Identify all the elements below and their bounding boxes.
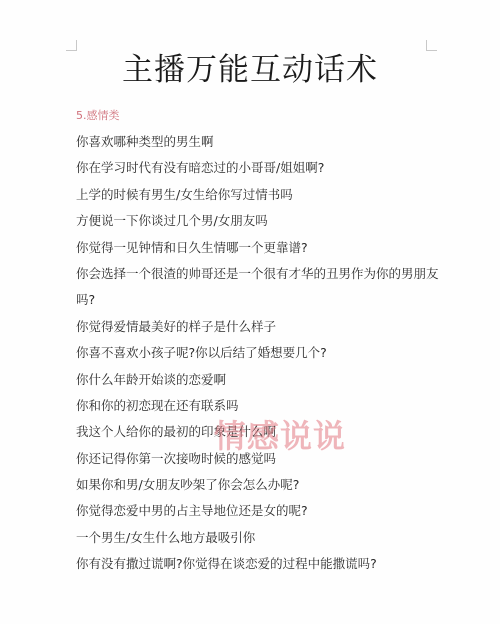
question-line: 一个男生/女生什么地方最吸引你: [76, 529, 476, 555]
question-line: 你在学习时代有没有暗恋过的小哥哥/姐姐啊?: [76, 159, 476, 185]
question-line: 你喜欢哪种类型的男生啊: [76, 133, 476, 159]
document-title: 主播万能互动话术: [0, 50, 500, 90]
section-heading: 5.感情类: [76, 108, 120, 124]
question-line: 你觉得恋爱中男的占主导地位还是女的呢?: [76, 502, 476, 528]
question-line: 如果你和男/女朋友吵架了你会怎么办呢?: [76, 476, 476, 502]
question-line: 你觉得爱情最美好的样子是什么样子: [76, 318, 476, 344]
question-line: 你有没有撒过谎啊?你觉得在谈恋爱的过程中能撒谎吗?: [76, 555, 476, 581]
question-list: 你喜欢哪种类型的男生啊 你在学习时代有没有暗恋过的小哥哥/姐姐啊? 上学的时候有…: [76, 133, 476, 582]
question-line: 你和你的初恋现在还有联系吗: [76, 397, 476, 423]
question-line: 上学的时候有男生/女生给你写过情书吗: [76, 186, 476, 212]
question-line: 方便说一下你谈过几个男/女朋友吗: [76, 212, 476, 238]
question-line-continuation: 吗?: [76, 291, 476, 317]
question-line: 我这个人给你的最初的印象是什么啊: [76, 423, 476, 449]
question-line: 你喜不喜欢小孩子呢?你以后结了婚想要几个?: [76, 344, 476, 370]
document-page: 主播万能互动话术 5.感情类 你喜欢哪种类型的男生啊 你在学习时代有没有暗恋过的…: [0, 0, 500, 624]
question-line: 你会选择一个很渣的帅哥还是一个很有才华的丑男作为你的男朋友: [76, 265, 476, 291]
question-line: 你还记得你第一次接吻时候的感觉吗: [76, 450, 476, 476]
question-line: 你觉得一见钟情和日久生情哪一个更靠谱?: [76, 239, 476, 265]
question-line: 你什么年龄开始谈的恋爱啊: [76, 371, 476, 397]
